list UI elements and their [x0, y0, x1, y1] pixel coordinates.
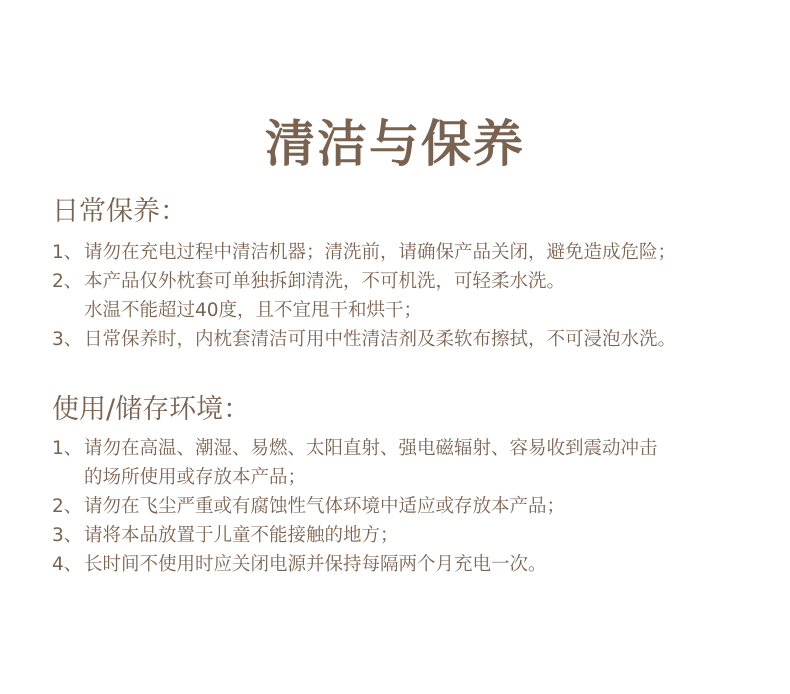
item-text: 请勿在飞尘严重或有腐蚀性气体环境中适应或存放本产品；	[84, 496, 565, 517]
item-text: 请将本品放置于儿童不能接触的地方；	[84, 525, 399, 546]
list-item: 3、请将本品放置于儿童不能接触的地方；	[52, 521, 658, 550]
item-number: 4、	[52, 550, 84, 579]
list-item: 3、日常保养时，内枕套清洁可用中性清洁剂及柔软布擦拭，不可浸泡水洗。	[52, 325, 676, 354]
item-text: 日常保养时，内枕套清洁可用中性清洁剂及柔软布擦拭，不可浸泡水洗。	[84, 329, 676, 350]
item-number: 2、	[52, 492, 84, 521]
usage-storage-list: 1、请勿在高温、潮湿、易燃、太阳直射、强电磁辐射、容易收到震动冲击 的场所使用或…	[52, 434, 658, 579]
item-text: 请勿在高温、潮湿、易燃、太阳直射、强电磁辐射、容易收到震动冲击	[84, 438, 658, 459]
list-item: 2、本产品仅外枕套可单独拆卸清洗，不可机洗，可轻柔水洗。 水温不能超过40度，且…	[52, 267, 676, 325]
list-item: 2、请勿在飞尘严重或有腐蚀性气体环境中适应或存放本产品；	[52, 492, 658, 521]
item-text: 本产品仅外枕套可单独拆卸清洗，不可机洗，可轻柔水洗。	[84, 271, 565, 292]
item-number: 3、	[52, 521, 84, 550]
page-title: 清洁与保养	[0, 112, 790, 176]
item-text-continuation: 水温不能超过40度，且不宜甩干和烘干；	[52, 296, 676, 325]
item-number: 1、	[52, 434, 84, 463]
item-text: 长时间不使用时应关闭电源并保持每隔两个月充电一次。	[84, 554, 547, 575]
item-number: 2、	[52, 267, 84, 296]
item-number: 3、	[52, 325, 84, 354]
list-item: 4、长时间不使用时应关闭电源并保持每隔两个月充电一次。	[52, 550, 658, 579]
item-text: 请勿在充电过程中清洁机器；清洗前，请确保产品关闭，避免造成危险；	[84, 242, 676, 263]
daily-care-list: 1、请勿在充电过程中清洁机器；清洗前，请确保产品关闭，避免造成危险； 2、本产品…	[52, 238, 676, 354]
section-heading-usage-storage: 使用/储存环境：	[52, 392, 250, 428]
list-item: 1、请勿在充电过程中清洁机器；清洗前，请确保产品关闭，避免造成危险；	[52, 238, 676, 267]
section-heading-daily-care: 日常保养：	[52, 194, 187, 230]
list-item: 1、请勿在高温、潮湿、易燃、太阳直射、强电磁辐射、容易收到震动冲击 的场所使用或…	[52, 434, 658, 492]
item-text-continuation: 的场所使用或存放本产品；	[52, 463, 658, 492]
item-number: 1、	[52, 238, 84, 267]
